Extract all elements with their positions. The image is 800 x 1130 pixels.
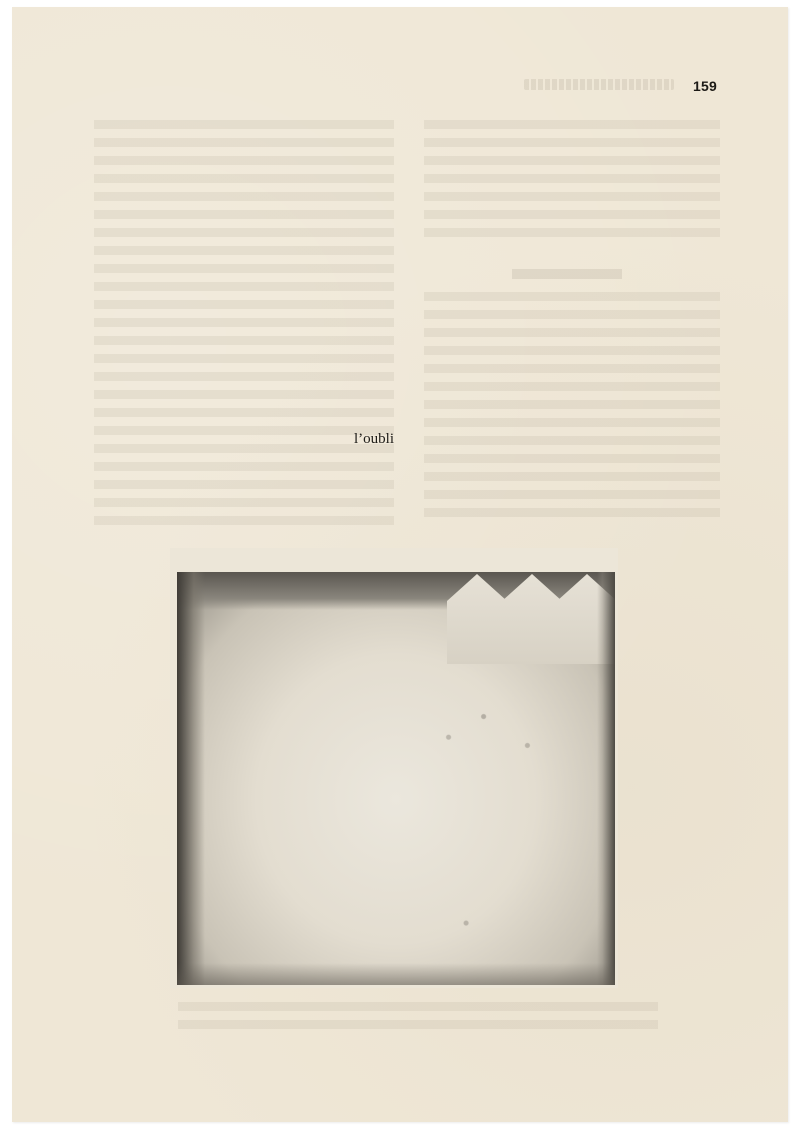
caption-bleedthrough xyxy=(178,1002,658,1032)
photo-texture xyxy=(177,572,615,985)
page-number: 159 xyxy=(693,78,717,94)
left-column-bleedthrough xyxy=(94,120,394,525)
isolated-word: l’oubli xyxy=(354,431,394,448)
figure-photograph xyxy=(177,572,615,985)
section-heading-bleedthrough xyxy=(512,269,622,279)
photo-floor xyxy=(177,963,615,985)
right-column-bleedthrough-bottom xyxy=(424,292,720,522)
running-head-bleedthrough xyxy=(524,79,674,90)
right-column-bleedthrough-top xyxy=(424,120,720,245)
